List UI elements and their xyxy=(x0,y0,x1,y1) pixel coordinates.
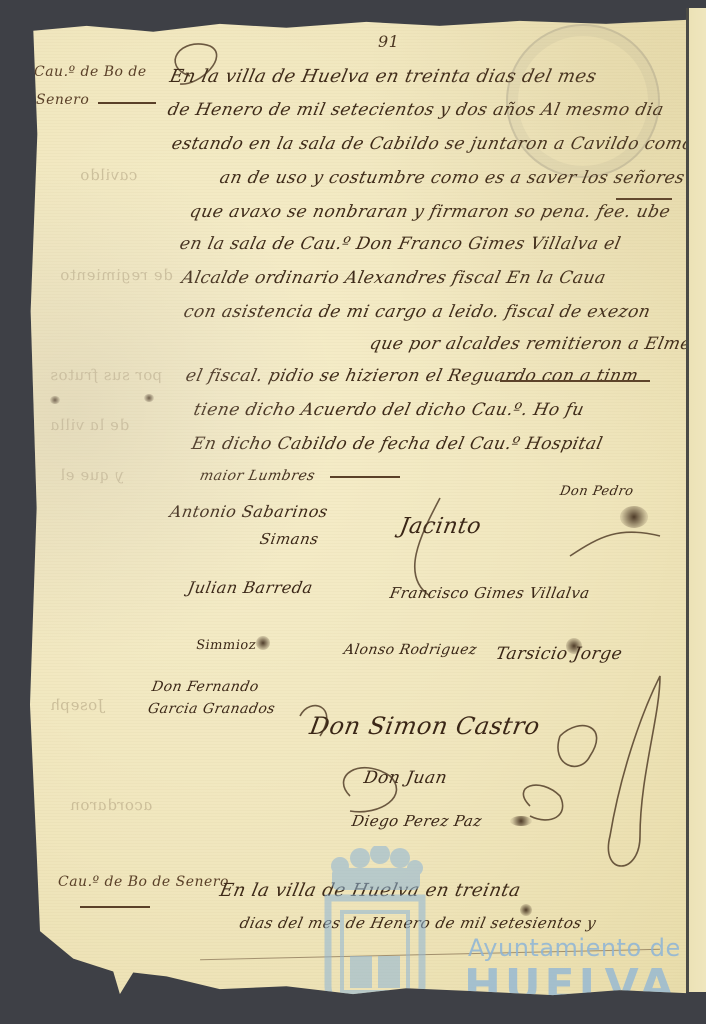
signature: Tarsicio Jorge xyxy=(494,644,624,664)
scanned-document-viewer: 91 Cau.º de Bo de Senero cavildo de regi… xyxy=(0,0,706,1024)
ayuntamiento-crest-watermark-icon xyxy=(320,846,430,1016)
watermark-line1: Ayuntamiento de xyxy=(468,934,681,962)
body-line: tiene dicho Acuerdo del dicho Cau.º. Ho … xyxy=(192,400,586,420)
bleedthrough-text: cavildo xyxy=(78,166,139,184)
margin-note-line2: Senero xyxy=(36,92,89,108)
signature: Antonio Sabarinos xyxy=(168,502,329,521)
margin-note-rule xyxy=(80,906,150,908)
body-line: que por alcaldes remitieron a Elme xyxy=(368,334,693,354)
bleedthrough-text: acordaron xyxy=(68,796,154,814)
ink-blot xyxy=(144,394,154,402)
bleedthrough-text: de regimiento xyxy=(58,266,174,284)
body-line: en la sala de Cau.º Don Franco Gimes Vil… xyxy=(178,234,623,254)
bleedthrough-text: y que el xyxy=(58,466,125,484)
body-line: an de uso y costumbre como es a saver lo… xyxy=(218,168,687,188)
bleedthrough-text: por sus frutos xyxy=(48,366,164,384)
body-line: que avaxo se nonbraran y firmaron so pen… xyxy=(188,202,672,222)
signature: Diego Perez Paz xyxy=(350,812,483,830)
signature: Julian Barreda xyxy=(186,578,314,597)
body-line: Alcalde ordinario Alexandres fiscal En l… xyxy=(180,268,608,288)
ink-blot xyxy=(566,638,582,654)
bleedthrough-text: Joseph xyxy=(48,696,105,714)
body-line: el fiscal. pidio se hizieron el Reguardo… xyxy=(184,366,640,386)
signature: Don Fernando Garcia Granados xyxy=(146,676,284,720)
body-line: En la villa de Huelva en treinta dias de… xyxy=(168,66,599,87)
signature: Don Pedro xyxy=(559,484,635,499)
signature: Jacinto xyxy=(398,514,483,539)
line-end-rule xyxy=(500,380,650,382)
adjacent-page-edge xyxy=(686,8,706,992)
body-line: maior Lumbres xyxy=(198,468,316,484)
signature: Don Juan xyxy=(362,768,449,788)
body-line: con asistencia de mi cargo a leido. fisc… xyxy=(182,302,653,322)
ink-blot xyxy=(620,506,648,528)
closing-rule xyxy=(330,476,400,478)
second-margin-note: Cau.º de Bo de Senero xyxy=(58,874,229,890)
signature: Don Simon Castro xyxy=(308,712,543,740)
watermark-line2: HUELVA xyxy=(464,960,678,1011)
body-line: En dicho Cabildo de fecha del Cau.º Hosp… xyxy=(190,434,605,454)
margin-note-line1: Cau.º de Bo de xyxy=(34,64,147,80)
line-end-rule xyxy=(616,198,672,200)
signature: Alonso Rodriguez xyxy=(343,642,479,658)
signature: Francisco Gimes Villalva xyxy=(388,584,591,602)
signature: Simmioz xyxy=(195,638,258,653)
body-line: estando en la sala de Cabildo se juntaro… xyxy=(170,134,706,154)
body-line: de Henero de mil setecientos y dos años … xyxy=(166,100,666,120)
ink-blot xyxy=(50,396,60,404)
manuscript-page: 91 Cau.º de Bo de Senero cavildo de regi… xyxy=(20,16,686,1000)
ink-blot xyxy=(510,816,532,826)
margin-note-rule xyxy=(98,102,156,104)
signature: Simans xyxy=(258,530,320,548)
bleedthrough-text: de la villa xyxy=(48,416,130,434)
folio-number: 91 xyxy=(378,32,399,51)
ink-blot xyxy=(256,636,270,650)
